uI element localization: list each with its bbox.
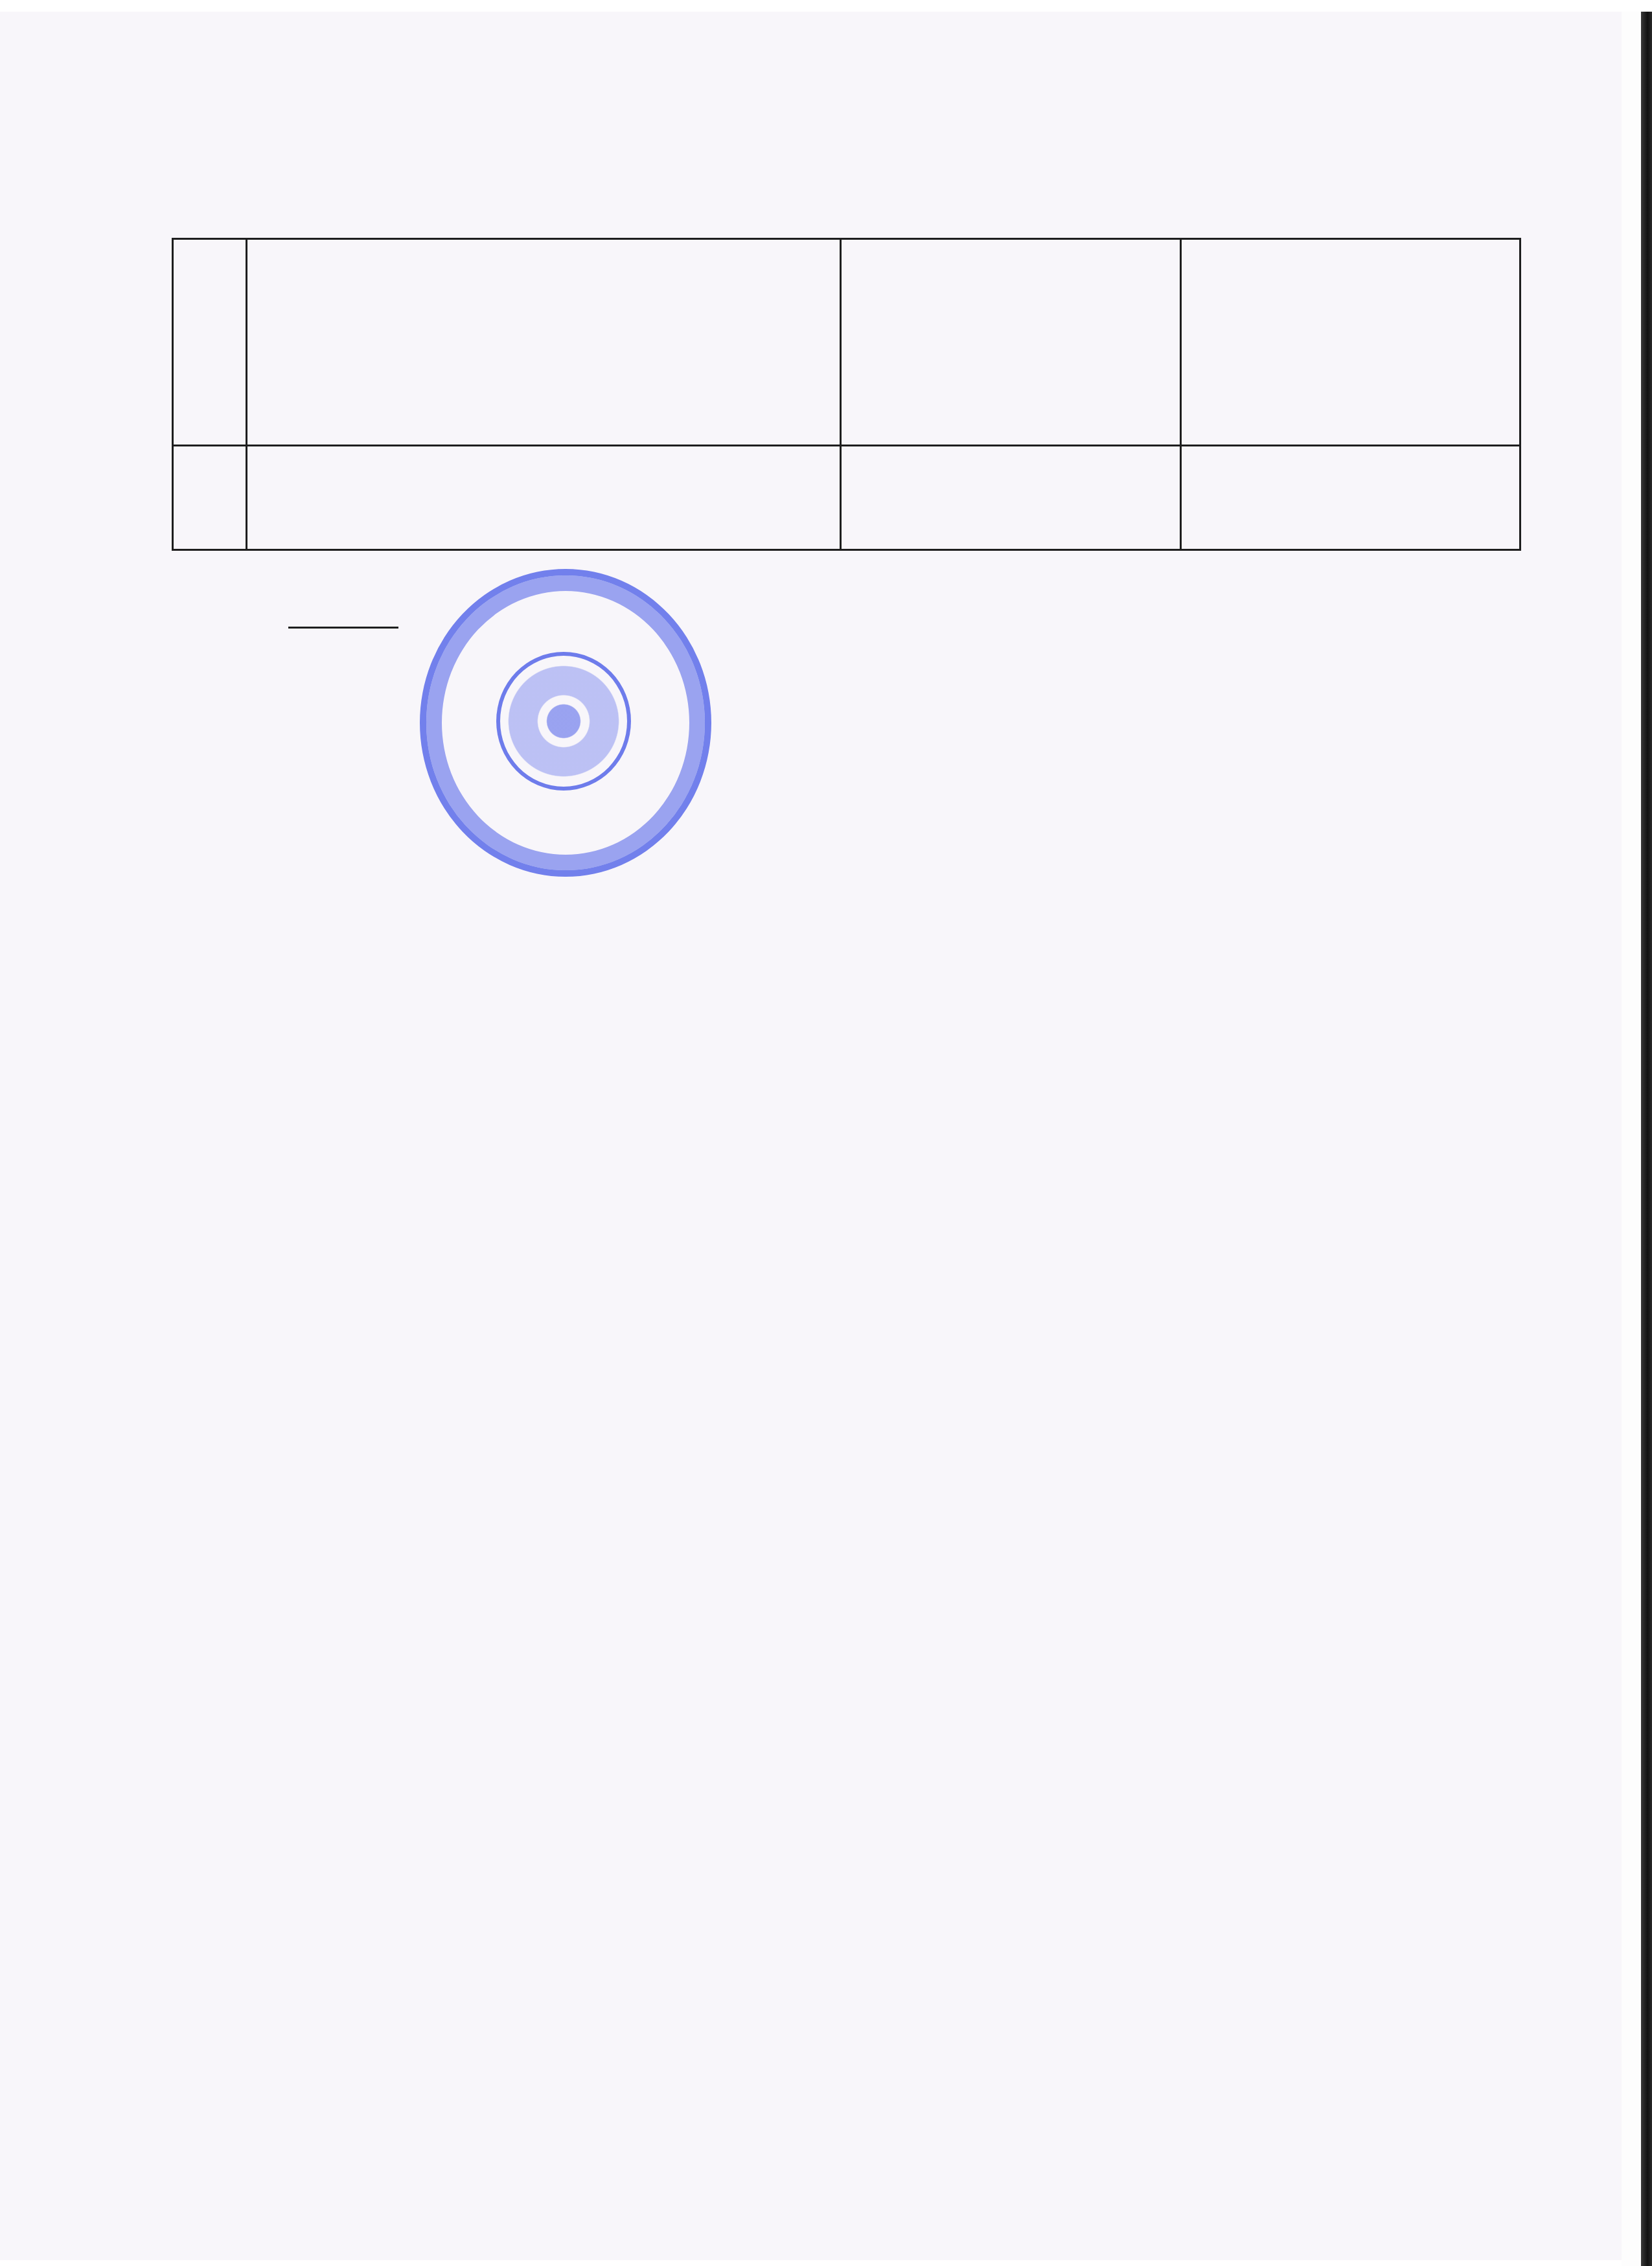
scan-margin bbox=[1622, 12, 1641, 2266]
header-number bbox=[173, 239, 247, 446]
signature-underline-chair-b bbox=[288, 627, 398, 629]
scanner-edge bbox=[1641, 12, 1652, 2266]
stamp-emblem-icon bbox=[496, 652, 631, 791]
header-supplier bbox=[841, 239, 1180, 446]
official-stamp bbox=[420, 569, 711, 877]
applications-table bbox=[172, 238, 1521, 551]
submission-time bbox=[1180, 446, 1520, 550]
row-number bbox=[173, 446, 247, 550]
applicant-address bbox=[841, 446, 1180, 550]
header-submission-time bbox=[1180, 239, 1520, 446]
table-row bbox=[173, 446, 1520, 550]
header-applications bbox=[246, 239, 841, 446]
applications-table-header bbox=[173, 239, 1520, 446]
applicant-name bbox=[246, 446, 841, 550]
